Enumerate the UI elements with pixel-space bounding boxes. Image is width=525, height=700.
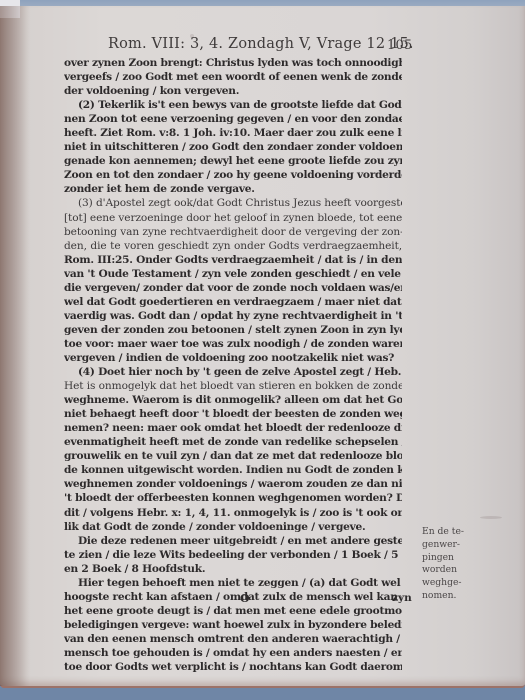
- margin-note-line: weghge-: [422, 577, 482, 590]
- margin-note-line: pingen: [422, 552, 482, 565]
- text-line: nen Zoon tot eene verzoening gegeven / e…: [64, 112, 402, 126]
- text-line: hoogste recht kan afstaen / omdat zulx d…: [64, 590, 402, 604]
- text-line: nemen? neen: maer ook omdat het bloedt d…: [64, 421, 402, 435]
- text-line: genade kon aennemen; dewyl het eene groo…: [64, 154, 402, 168]
- running-head: Rom. VIII: 3, 4. Zondagh V, Vrage 12 15.…: [0, 36, 525, 56]
- text-line: toe voor: maer waer toe was zulx noodigh…: [64, 337, 402, 351]
- running-head-title: Rom. VIII: 3, 4. Zondagh V, Vrage 12 15.: [108, 36, 414, 52]
- text-line: vergeven / indien de voldoening zoo noot…: [64, 351, 402, 365]
- text-line: te zien / die leze Wits bedeeling der ve…: [64, 548, 402, 562]
- signature-mark: O: [240, 592, 250, 605]
- text-line: toe door Godts wet verplicht is / nochta…: [64, 660, 402, 674]
- text-line: lik dat Godt de zonde / zonder voldoenin…: [64, 520, 402, 534]
- text-line: Die deze redenen meer uitgebreidt / en m…: [64, 534, 402, 548]
- text-line: (2) Tekerlik is't een bewys van de groot…: [64, 98, 402, 112]
- text-line: van den eenen mensch omtrent den anderen…: [64, 632, 402, 646]
- text-line: [tot] eene verzoeninge door het geloof i…: [64, 211, 402, 225]
- text-line: Rom. III:25. Onder Godts verdraegzaemhei…: [64, 253, 402, 267]
- text-line: beledigingen vergeve: want hoewel zulx i…: [64, 618, 402, 632]
- text-line: zonder iet hem de zonde vergave.: [64, 182, 402, 196]
- text-line: over zynen Zoon brengt: Christus lyden w…: [64, 56, 402, 70]
- margin-note-line: genwer-: [422, 539, 482, 552]
- text-line: die vergeven/ zonder dat voor de zonde n…: [64, 281, 402, 295]
- text-line: weghneme. Waerom is dit onmogelik? allee…: [64, 393, 402, 407]
- text-line: het eene groote deugt is / dat men met e…: [64, 604, 402, 618]
- text-line: den, die te voren geschiedt zyn onder Go…: [64, 239, 402, 253]
- text-line: 't bloedt der offerbeesten konnen weghge…: [64, 491, 402, 505]
- text-line: Hier tegen behoeft men niet te zeggen / …: [64, 576, 402, 590]
- catchword: zyn: [392, 592, 412, 604]
- text-line: niet behaegt heeft door 't bloedt der be…: [64, 407, 402, 421]
- text-line: niet in uitschitteren / zoo Godt den zon…: [64, 140, 402, 154]
- margin-note: En de te-genwer-pingenwordenweghge-nomen…: [422, 526, 482, 603]
- text-line: dit / volgens Hebr. x: 1, 4, 11. onmogel…: [64, 506, 402, 520]
- text-line: Zoon en tot den zondaer / zoo hy geene v…: [64, 168, 402, 182]
- text-line: vaerdig was. Godt dan / opdat hy zyne re…: [64, 309, 402, 323]
- binding-shadow: [0, 6, 30, 686]
- body-text: over zynen Zoon brengt: Christus lyden w…: [64, 56, 402, 674]
- text-line: (4) Doet hier noch by 't geen de zelve A…: [64, 365, 402, 379]
- text-line: mensch toe gehouden is / omdat hy een an…: [64, 646, 402, 660]
- margin-note-line: nomen.: [422, 590, 482, 603]
- paper-stain: [480, 516, 502, 519]
- text-line: evenmatigheit heeft met de zonde van red…: [64, 435, 402, 449]
- text-line: (3) d'Apostel zegt ook/dat Godt Christus…: [64, 196, 402, 210]
- text-line: grouwelik en te vuil zyn / dan dat ze me…: [64, 449, 402, 463]
- text-line: van 't Oude Testament / zyn vele zonden …: [64, 267, 402, 281]
- text-line: Het is onmogelyk dat het bloedt van stie…: [64, 379, 402, 393]
- text-line: en 2 Boek / 8 Hoofdstuk.: [64, 562, 402, 576]
- margin-note-line: worden: [422, 564, 482, 577]
- text-line: weghnemen zonder voldoenings / waerom zo…: [64, 477, 402, 491]
- text-line: wel dat Godt goedertieren en verdraegzae…: [64, 295, 402, 309]
- book-page: Rom. VIII: 3, 4. Zondagh V, Vrage 12 15.…: [0, 6, 525, 688]
- text-line: der voldoening / kon vergeven.: [64, 84, 402, 98]
- text-line: heeft. Ziet Rom. v:8. 1 Joh. iv:10. Maer…: [64, 126, 402, 140]
- page-number: 105: [387, 38, 412, 53]
- text-line: vergeefs / zoo Godt met een woordt of ee…: [64, 70, 402, 84]
- text-line: betooning van zyne rechtvaerdigheit door…: [64, 225, 402, 239]
- text-line: de konnen uitgewischt worden. Indien nu …: [64, 463, 402, 477]
- text-line: geven der zonden zou betoonen / stelt zy…: [64, 323, 402, 337]
- margin-note-line: En de te-: [422, 526, 482, 539]
